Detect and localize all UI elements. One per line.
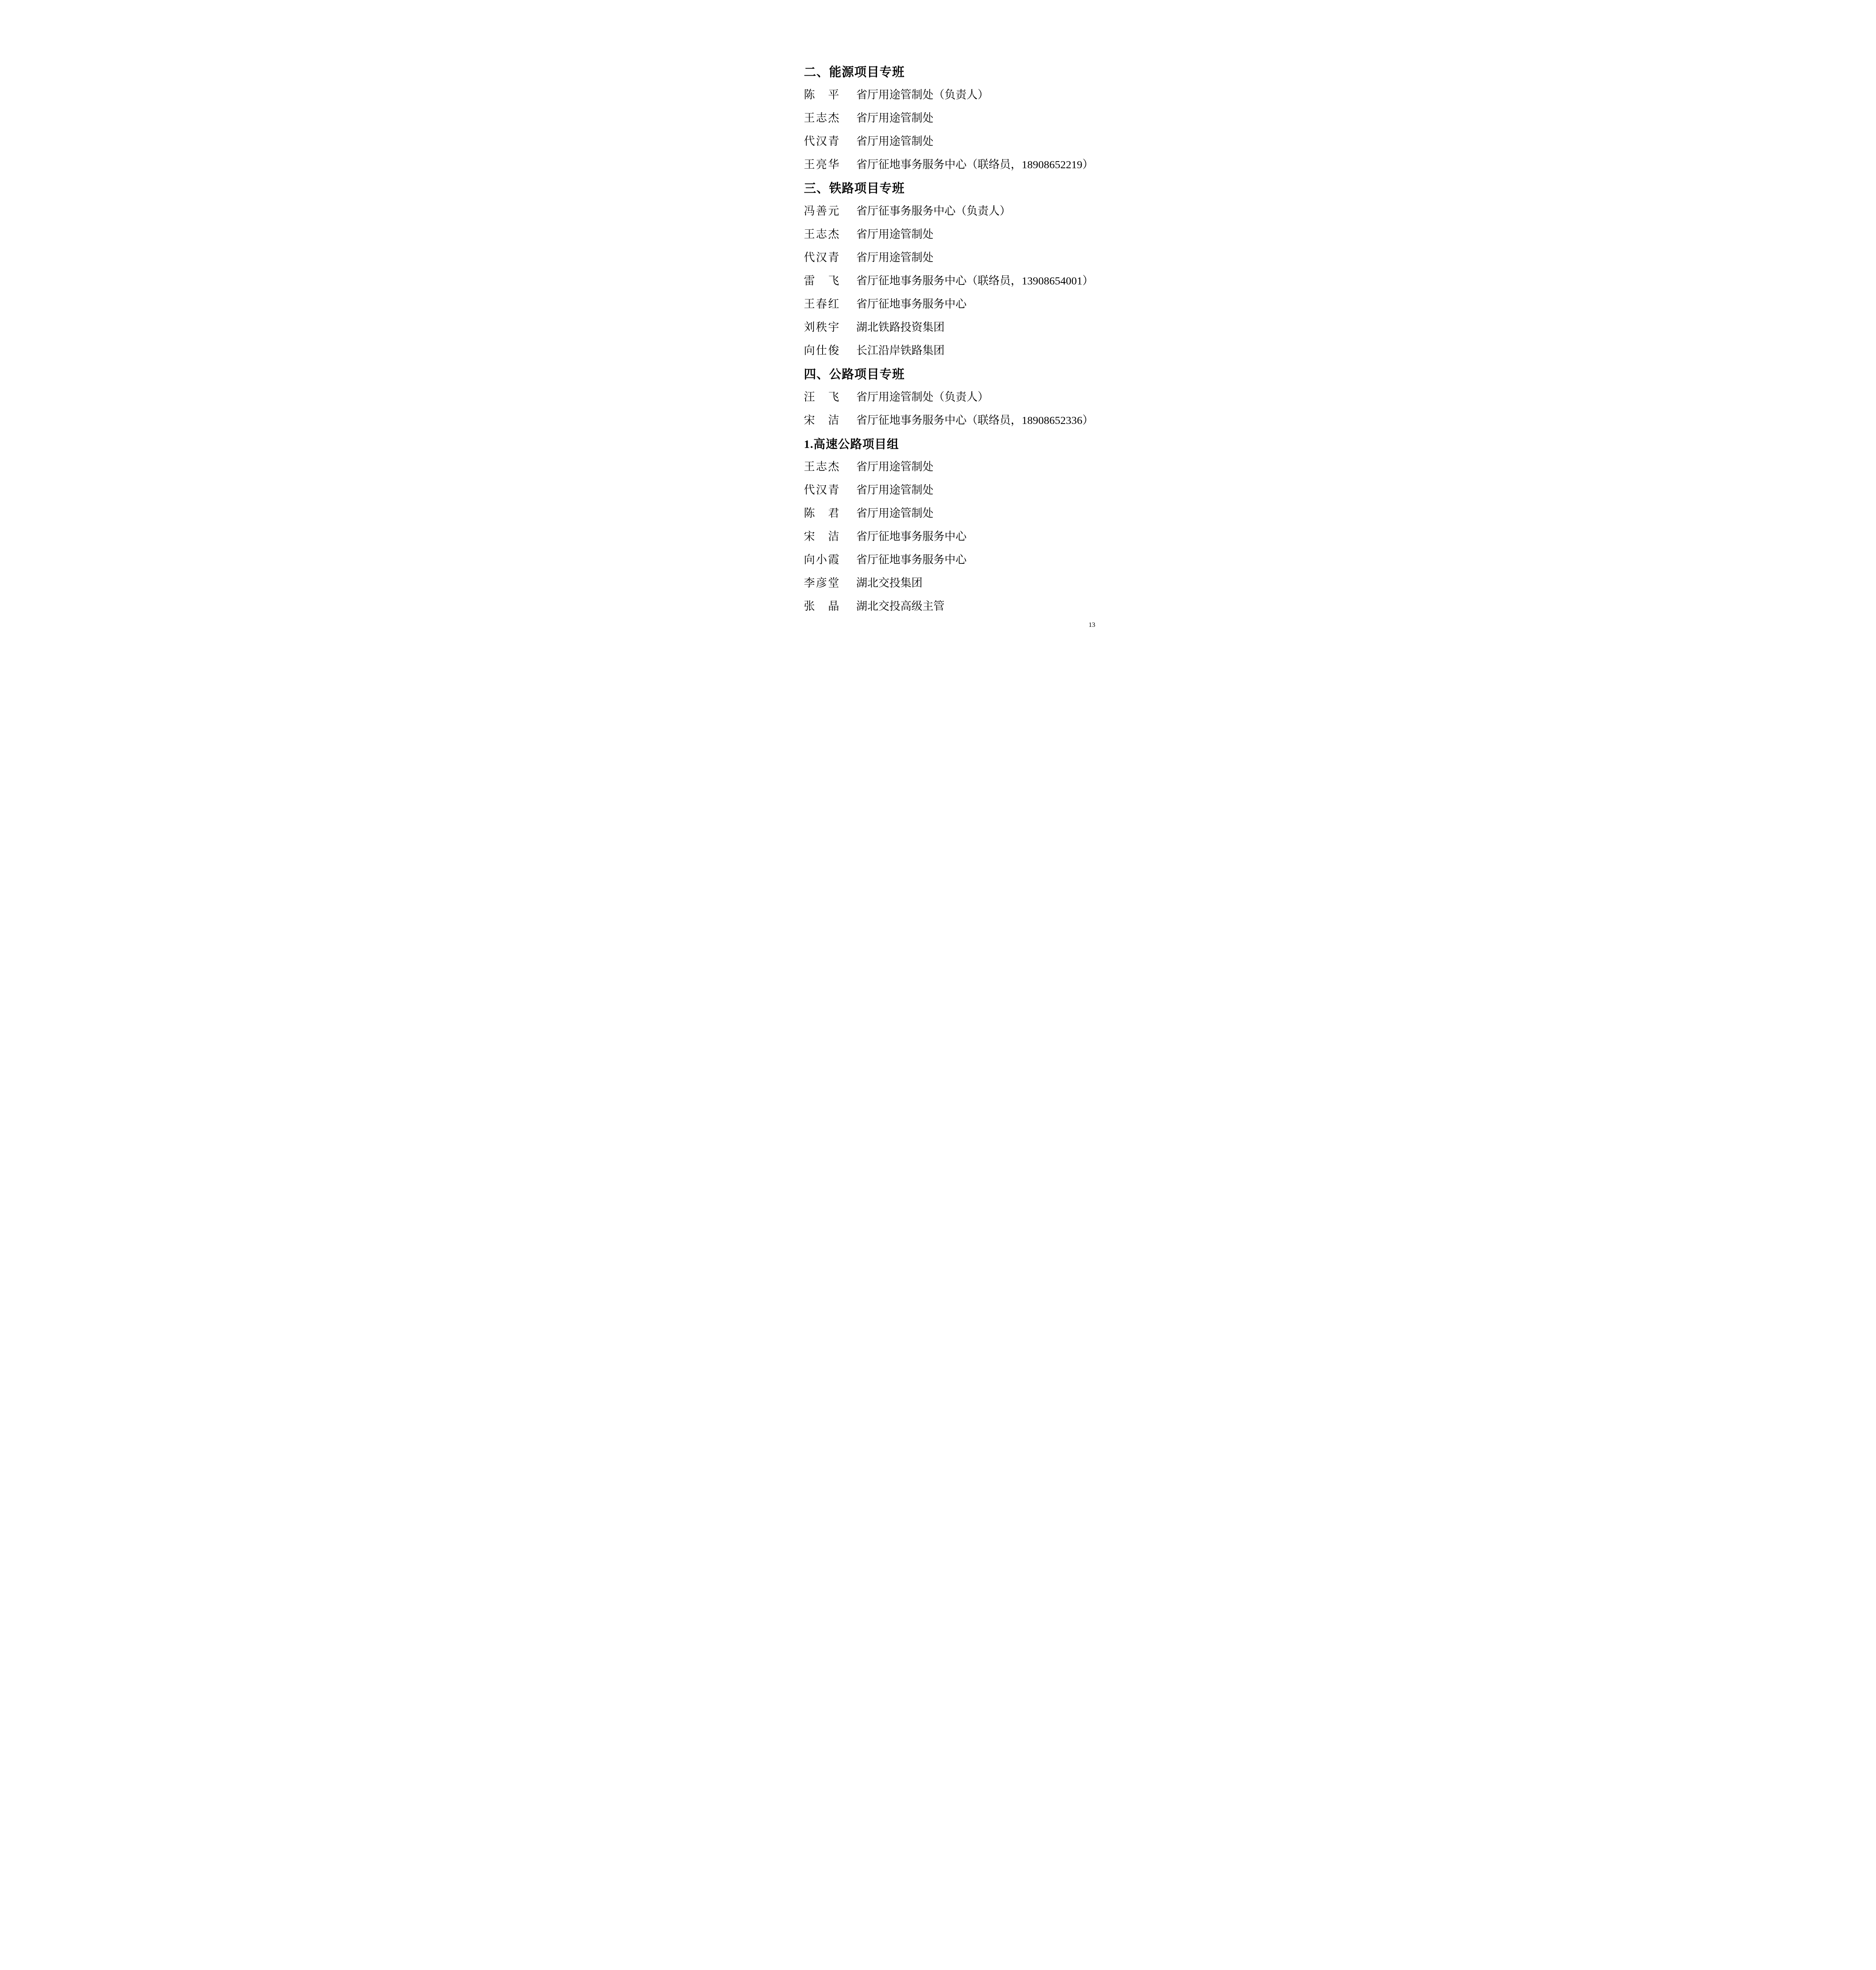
- person-name: 王志杰: [804, 458, 840, 474]
- person-row: 王志杰省厅用途管制处: [804, 222, 1133, 245]
- person-organization: 湖北交投高级主管: [856, 598, 944, 613]
- document-page: 二、能源项目专班陈平省厅用途管制处（负责人）王志杰省厅用途管制处代汉青省厅用途管…: [704, 0, 1173, 663]
- person-name: 雷飞: [804, 272, 840, 288]
- person-organization: 省厅征地事务服务中心: [856, 551, 966, 567]
- person-organization: 省厅征地事务服务中心: [856, 295, 966, 311]
- person-name: 向仕俊: [804, 342, 840, 358]
- person-row: 向仕俊长江沿岸铁路集团: [804, 338, 1133, 361]
- person-row: 刘秩宇湖北铁路投资集团: [804, 315, 1133, 338]
- person-row: 李彦堂湖北交投集团: [804, 571, 1133, 594]
- person-organization: 长江沿岸铁路集团: [856, 342, 944, 358]
- person-row: 代汉青省厅用途管制处: [804, 245, 1133, 268]
- person-organization: 省厅征事务服务中心（负责人）: [856, 203, 1010, 218]
- person-name: 张晶: [804, 598, 840, 613]
- person-organization: 湖北铁路投资集团: [856, 319, 944, 335]
- person-row: 王志杰省厅用途管制处: [804, 454, 1133, 478]
- person-row: 汪飞省厅用途管制处（负责人）: [804, 385, 1133, 408]
- person-name: 向小霞: [804, 551, 840, 567]
- person-row: 冯善元省厅征事务服务中心（负责人）: [804, 199, 1133, 222]
- section-heading: 四、公路项目专班: [804, 361, 1133, 385]
- person-organization: 省厅用途管制处: [856, 110, 933, 125]
- person-organization: 省厅用途管制处（负责人）: [856, 86, 988, 102]
- person-name: 冯善元: [804, 203, 840, 218]
- person-organization: 省厅用途管制处: [856, 249, 933, 265]
- person-organization: 省厅征地事务服务中心: [856, 528, 966, 544]
- person-name: 代汉青: [804, 481, 840, 497]
- person-name: 代汉青: [804, 133, 840, 149]
- person-row: 雷飞省厅征地事务服务中心（联络员，13908654001）: [804, 268, 1133, 292]
- person-name: 陈平: [804, 86, 840, 102]
- person-row: 王春红省厅征地事务服务中心: [804, 292, 1133, 315]
- section-heading: 二、能源项目专班: [804, 59, 1133, 82]
- person-name: 王春红: [804, 295, 840, 311]
- page-number: 13: [1088, 621, 1095, 629]
- person-name: 汪飞: [804, 388, 840, 404]
- person-organization: 省厅用途管制处: [856, 458, 933, 474]
- person-organization: 省厅用途管制处: [856, 505, 933, 520]
- person-organization: 省厅征地事务服务中心（联络员，13908654001）: [856, 272, 1093, 288]
- person-name: 宋洁: [804, 528, 840, 544]
- person-name: 王志杰: [804, 226, 840, 242]
- person-organization: 省厅用途管制处: [856, 133, 933, 149]
- person-row: 陈君省厅用途管制处: [804, 501, 1133, 524]
- person-organization: 湖北交投集团: [856, 574, 922, 590]
- section-heading: 三、铁路项目专班: [804, 175, 1133, 199]
- person-name: 陈君: [804, 505, 840, 520]
- person-row: 宋洁省厅征地事务服务中心: [804, 524, 1133, 547]
- person-name: 王志杰: [804, 110, 840, 125]
- person-name: 代汉青: [804, 249, 840, 265]
- person-organization: 省厅用途管制处: [856, 226, 933, 242]
- person-name: 刘秩宇: [804, 319, 840, 335]
- person-organization: 省厅用途管制处（负责人）: [856, 388, 988, 404]
- person-name: 李彦堂: [804, 574, 840, 590]
- person-row: 代汉青省厅用途管制处: [804, 478, 1133, 501]
- person-name: 王亮华: [804, 156, 840, 172]
- person-name: 宋洁: [804, 412, 840, 427]
- section-subheading: 1.高速公路项目组: [804, 431, 1133, 454]
- person-row: 向小霞省厅征地事务服务中心: [804, 547, 1133, 571]
- person-row: 宋洁省厅征地事务服务中心（联络员，18908652336）: [804, 408, 1133, 431]
- person-organization: 省厅征地事务服务中心（联络员，18908652336）: [856, 412, 1093, 427]
- person-row: 王亮华省厅征地事务服务中心（联络员，18908652219）: [804, 152, 1133, 175]
- person-row: 陈平省厅用途管制处（负责人）: [804, 82, 1133, 106]
- person-row: 王志杰省厅用途管制处: [804, 106, 1133, 129]
- person-row: 张晶湖北交投高级主管: [804, 594, 1133, 617]
- person-row: 代汉青省厅用途管制处: [804, 129, 1133, 152]
- person-organization: 省厅用途管制处: [856, 481, 933, 497]
- document-content: 二、能源项目专班陈平省厅用途管制处（负责人）王志杰省厅用途管制处代汉青省厅用途管…: [804, 59, 1133, 617]
- person-organization: 省厅征地事务服务中心（联络员，18908652219）: [856, 156, 1093, 172]
